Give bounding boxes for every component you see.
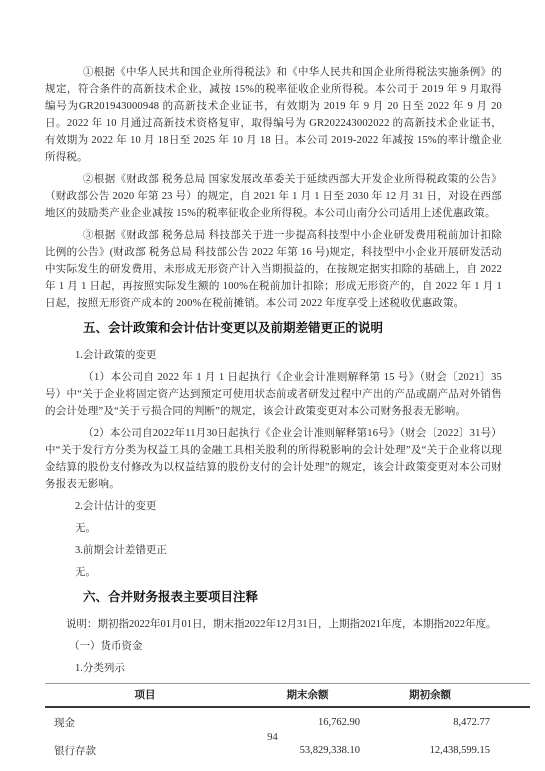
column-header-beginning-balance: 期初余额	[370, 684, 530, 708]
column-header-ending-balance: 期末余额	[245, 684, 370, 708]
section5-item1-paragraph-1: （1）本公司自 2022 年 1 月 1 日起执行《企业会计准则解释第 15 号…	[45, 369, 502, 420]
page-number: 94	[0, 732, 545, 743]
section5-item2-title: 2.会计估计的变更	[45, 498, 502, 515]
tax-note-paragraph-2: ②根据《财政部 税务总局 国家发展改革委关于延续西部大开发企业所得税政策的公告》…	[45, 171, 502, 222]
tax-note-paragraph-3: ③根据《财政部 税务总局 科技部关于进一步提高科技型中小企业研发费用税前加计扣除…	[45, 227, 502, 312]
section5-item2-body: 无。	[45, 520, 502, 537]
currency-funds-table: 项目 期末余额 期初余额 现金 16,762.90 8,472.77 银行存款 …	[45, 683, 530, 764]
section6-sub1-title: （一）货币资金	[45, 638, 502, 655]
tax-note-paragraph-1: ①根据《中华人民共和国企业所得税法》和《中华人民共和国企业所得税法实施条例》的规…	[45, 64, 502, 166]
section-5-heading: 五、会计政策和会计估计变更以及前期差错更正的说明	[45, 320, 502, 337]
table-header-row: 项目 期末余额 期初余额	[45, 684, 530, 708]
section5-item3-title: 3.前期会计差错更正	[45, 542, 502, 559]
section6-sub1-item1: 1.分类列示	[45, 660, 502, 677]
section5-item1-paragraph-2: （2）本公司自2022年11月30日起执行《企业会计准则解释第16号》（财会〔2…	[45, 425, 502, 493]
section5-item1-title: 1.会计政策的变更	[45, 347, 502, 364]
column-header-item: 项目	[45, 684, 245, 708]
page-content: ①根据《中华人民共和国企业所得税法》和《中华人民共和国企业所得税法实施条例》的规…	[45, 64, 502, 677]
document-page: ①根据《中华人民共和国企业所得税法》和《中华人民共和国企业所得税法实施条例》的规…	[0, 0, 545, 771]
section5-item3-body: 无。	[45, 564, 502, 581]
section6-period-note: 说明：期初指2022年01月01日，期末指2022年12月31日，上期指2021…	[45, 616, 502, 633]
section-6-heading: 六、合并财务报表主要项目注释	[45, 589, 502, 606]
